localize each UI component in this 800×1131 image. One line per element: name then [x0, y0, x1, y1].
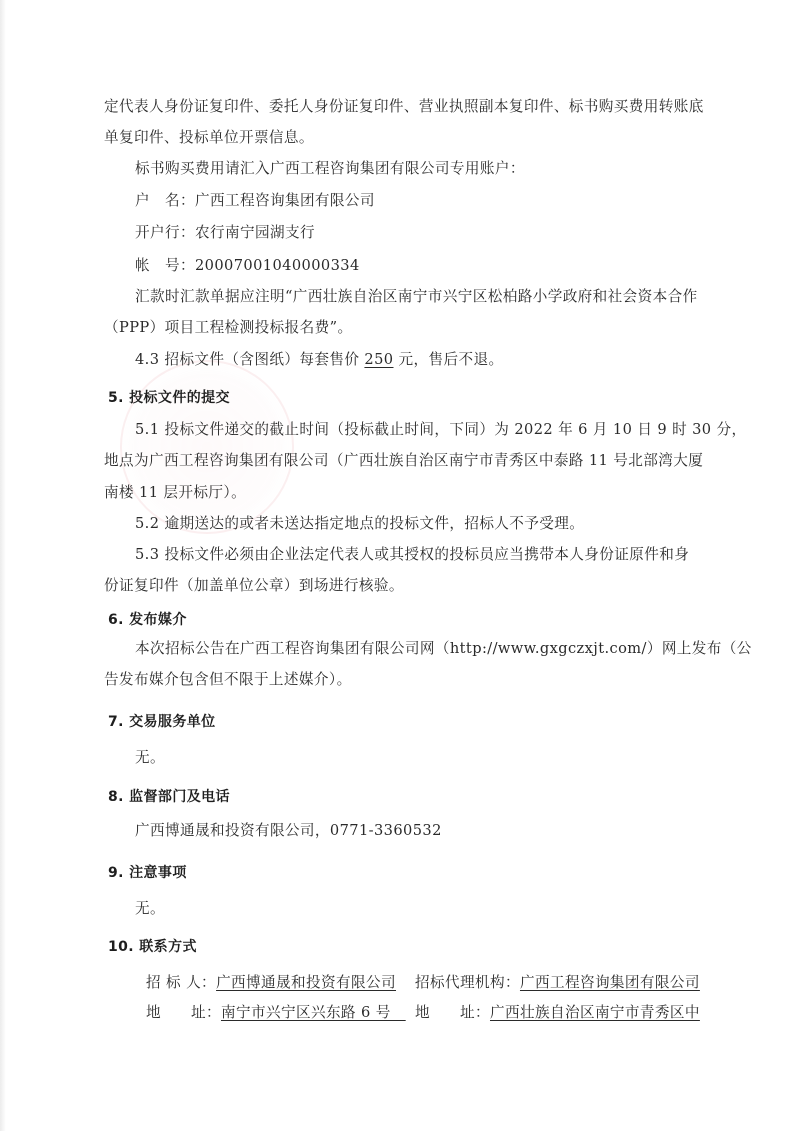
tenderer-label: 招 标 人：: [146, 974, 216, 991]
clause-4-3: 4.3 招标文件（含图纸）每套售价 250 元，售后不退。: [135, 350, 503, 370]
account-number-label: 帐 号：: [135, 257, 195, 274]
section-heading-5: 5. 投标文件的提交: [108, 388, 230, 408]
section-5-line: 5.2 逾期送达的或者未送达指定地点的投标文件，招标人不予受理。: [135, 514, 584, 534]
remit-note-line: （PPP）项目工程检测投标报名费”。: [104, 318, 352, 338]
section-9-line: 无。: [135, 899, 165, 919]
scan-edge: [0, 0, 6, 1131]
tenderer-address-label: 地 址：: [146, 1004, 221, 1021]
account-bank-value: 农行南宁园湖支行: [195, 224, 315, 241]
paragraph-line: 单复印件、投标单位开票信息。: [104, 128, 314, 148]
agent-value: 广西工程咨询集团有限公司: [520, 974, 700, 991]
section-5-line: 份证复印件（加盖单位公章）到场进行核验。: [104, 576, 404, 596]
account-intro: 标书购买费用请汇入广西工程咨询集团有限公司专用账户：: [135, 159, 525, 179]
section-heading-10: 10. 联系方式: [108, 937, 197, 957]
section-5-line: 5.1 投标文件递交的截止时间（投标截止时间，下同）为 2022 年 6 月 1…: [135, 420, 747, 440]
contact-tenderer: 招 标 人：广西博通晟和投资有限公司: [146, 973, 396, 993]
section-6-line: 本次招标公告在广西工程咨询集团有限公司网（http://www.gxgczxjt…: [135, 639, 752, 659]
contact-tenderer-address: 地 址：南宁市兴宁区兴东路 6 号: [146, 1003, 406, 1023]
paragraph-line: 定代表人身份证复印件、委托人身份证复印件、营业执照副本复印件、标书购买费用转账底: [104, 97, 704, 117]
faded-seal-stamp: [120, 360, 294, 534]
section-heading-6: 6. 发布媒介: [108, 610, 187, 630]
account-bank: 开户行：农行南宁园湖支行: [135, 223, 315, 243]
contact-agent-address: 地 址：广西壮族自治区南宁市青秀区中: [415, 1003, 700, 1023]
document-page: 定代表人身份证复印件、委托人身份证复印件、营业执照副本复印件、标书购买费用转账底…: [0, 0, 800, 1131]
agent-address-value: 广西壮族自治区南宁市青秀区中: [490, 1004, 700, 1021]
tenderer-value: 广西博通晟和投资有限公司: [216, 974, 396, 991]
section-7-line: 无。: [135, 748, 165, 768]
agent-label: 招标代理机构：: [415, 974, 520, 991]
account-number: 帐 号：20007001040000334: [135, 256, 360, 276]
section-8-line: 广西博通晟和投资有限公司，0771-3360532: [135, 821, 442, 841]
clause-text: 元，售后不退。: [393, 351, 503, 368]
agent-address-label: 地 址：: [415, 1004, 490, 1021]
section-heading-9: 9. 注意事项: [108, 863, 187, 883]
account-name: 户 名：广西工程咨询集团有限公司: [135, 191, 375, 211]
section-5-line: 5.3 投标文件必须由企业法定代表人或其授权的投标员应当携带本人身份证原件和身: [135, 545, 689, 565]
account-name-label: 户 名：: [135, 192, 195, 209]
section-heading-8: 8. 监督部门及电话: [108, 787, 230, 807]
section-6-line: 告发布媒介包含但不限于上述媒介）。: [104, 670, 352, 690]
remit-note-line: 汇款时汇款单据应注明“广西壮族自治区南宁市兴宁区松柏路小学政府和社会资本合作: [135, 287, 698, 307]
account-name-value: 广西工程咨询集团有限公司: [195, 192, 375, 209]
clause-text: 4.3 招标文件（含图纸）每套售价: [135, 351, 364, 368]
section-heading-7: 7. 交易服务单位: [108, 712, 216, 732]
price-value: 250: [364, 351, 393, 368]
section-5-line: 地点为广西工程咨询集团有限公司（广西壮族自治区南宁市青秀区中泰路 11 号北部湾…: [104, 451, 703, 471]
account-number-value: 20007001040000334: [195, 257, 360, 274]
section-5-line: 南楼 11 层开标厅）。: [104, 483, 246, 503]
tenderer-address-value: 南宁市兴宁区兴东路 6 号: [221, 1004, 406, 1021]
account-bank-label: 开户行：: [135, 224, 195, 241]
contact-agent: 招标代理机构：广西工程咨询集团有限公司: [415, 973, 700, 993]
